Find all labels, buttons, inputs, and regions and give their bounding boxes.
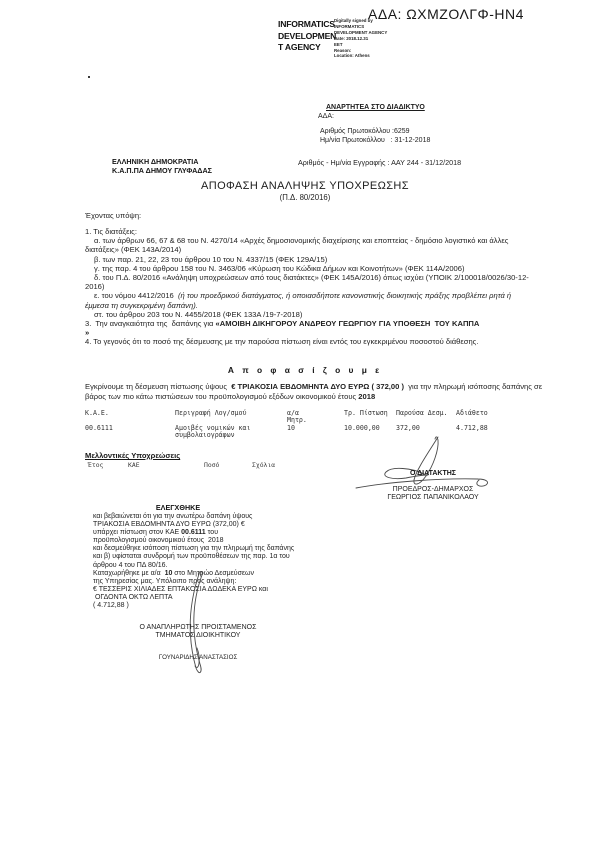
future-col-year: Έτος	[88, 461, 103, 469]
right-signer-name: ΓΕΩΡΓΙΟΣ ΠΑΠΑΝΙΚΟΛΑΟΥ	[378, 494, 488, 502]
stamp-detail-line: Location: Athens	[334, 53, 387, 59]
left-signer-role-line1: Ο ΑΝΑΠΛΗΡΩΤΗΣ ΠΡΟΙΣΤΑΜΕΝΟΣ	[133, 624, 263, 632]
page-title: ΑΠΟΦΑΣΗ ΑΝΑΛΗΨΗΣ ΥΠΟΧΡΕΩΣΗΣ	[140, 180, 470, 192]
right-signer-role: Ο ΔΙΑΤΑΚΤΗΣ	[378, 470, 488, 478]
ada-label: ΑΔΑ:	[318, 113, 334, 120]
digital-stamp-agency: INFORMATICS DEVELOPMEN T AGENCY	[278, 19, 336, 54]
audit-line: ΤΡΙΑΚΟΣΙΑ ΕΒΔΟΜΗΝΤΑ ΔΥΟ ΕΥΡΩ (372,00) €	[93, 521, 373, 529]
preamble-item-1: 1. Τις διατάξεις:	[85, 227, 529, 236]
preamble-item-3: 3. Την αναγκαιότητα της δαπάνης για «ΑΜΟ…	[85, 319, 529, 328]
preamble-item-1c: γ. της παρ. 4 του άρθρου 158 του Ν. 3463…	[85, 264, 529, 273]
preamble-item-3-bold: «ΑΜΟΙΒΗ ΔΙΚΗΓΟΡΟΥ ΑΝΔΡΕΟΥ ΓΕΩΡΓΙΟΥ ΓΙΑ Υ…	[216, 319, 480, 328]
left-signer-block: Ο ΑΝΑΠΛΗΡΩΤΗΣ ΠΡΟΙΣΤΑΜΕΝΟΣ ΤΜΗΜΑΤΟΣ ΔΙΟΙ…	[133, 624, 263, 662]
stamp-detail-line: DEVELOPMENT AGENCY	[334, 30, 387, 36]
having-regard-label: Έχοντας υπόψη:	[85, 211, 141, 220]
preamble-item-1e: ε. του νόμου 4412/2016 (ή του προεδρικού…	[85, 291, 529, 309]
table-header-current-commitment: Παρούσα Δεσμ.	[396, 409, 448, 417]
table-header-kae: Κ.Α.Ε.	[85, 409, 109, 417]
left-signer-role-line2: ΤΜΗΜΑΤΟΣ ΔΙΟΙΚΗΤΙΚΟΥ	[133, 632, 263, 640]
ada-code: ΑΔΑ: ΩΧΜΖΟΛΓΦ-ΗΝ4	[368, 6, 524, 22]
audit-line: € ΤΕΣΣΕΡΙΣ ΧΙΛΙΑΔΕΣ ΕΠΤΑΚΟΣΙΑ ΔΩΔΕΚΑ ΕΥΡ…	[93, 586, 373, 594]
audit-kae-bold: 00.6111	[181, 529, 206, 536]
stamp-agency-line: T AGENCY	[278, 42, 336, 54]
document-page: ΑΔΑ: ΩΧΜΖΟΛΓΦ-ΗΝ4 INFORMATICS DEVELOPMEN…	[0, 0, 595, 842]
preamble-item-3-close: »	[85, 328, 529, 337]
table-cell-aa: 10	[287, 424, 295, 432]
digital-stamp-details: Digitally signed by INFORMATICS DEVELOPM…	[334, 18, 387, 59]
audit-text-block: και βεβαιώνεται ότι για την ανωτέρω δαπά…	[93, 513, 373, 610]
audit-heading: ΕΛΕΓΧΘΗΚΕ	[93, 503, 263, 512]
stamp-agency-line: INFORMATICS	[278, 19, 336, 31]
table-header-registry: Μητρ.	[287, 416, 307, 424]
decision-year: 2018	[358, 392, 375, 401]
audit-line: Καταχωρήθηκε με α/α 10 στο Μητρώο Δεσμεύ…	[93, 570, 373, 578]
decision-amount-words: € ΤΡΙΑΚΟΣΙΑ ΕΒΔΟΜΗΝΤΑ ΔΥΟ ΕΥΡΩ ( 372,00 …	[231, 382, 404, 391]
preamble-item-3-normal: 3. Την αναγκαιότητα της δαπάνης για	[85, 319, 216, 328]
audit-line: ΟΓΔΟΝΤΑ ΟΚΤΩ ΛΕΠΤΑ	[93, 594, 373, 602]
preamble-item-1a: α. των άρθρων 66, 67 & 68 του Ν. 4270/14…	[85, 236, 529, 254]
future-col-amount: Ποσό	[204, 461, 219, 469]
decision-text-1: Εγκρίνουμε τη δέσμευση πίστωσης ύψους	[85, 382, 231, 391]
preamble-item-1b: β. των παρ. 21, 22, 23 του άρθρου 10 του…	[85, 255, 529, 264]
preamble-item-4: 4. Το γεγονός ότι το ποσό της δέσμευσης …	[85, 337, 529, 346]
preamble-item-1st: στ. του άρθρου 203 του Ν. 4455/2018 (ΦΕΚ…	[85, 310, 529, 319]
registry-line: Αριθμός - Ημ/νία Εγγραφής : ΑΑΥ 244 - 31…	[298, 158, 461, 167]
right-signer-title: ΠΡΟΕΔΡΟΣ-ΔΗΜΑΡΧΟΣ	[378, 486, 488, 494]
org-name-line1: ΕΛΛΗΝΙΚΗ ΔΗΜΟΚΡΑΤΙΑ	[112, 157, 198, 166]
future-col-kae: ΚΑΕ	[128, 461, 140, 469]
audit-line: ( 4.712,88 )	[93, 602, 373, 610]
preamble-item-1d: δ. του Π.Δ. 80/2016 «Ανάληψη υποχρεώσεων…	[85, 273, 529, 291]
decision-heading: Α π ο φ α σ ί ζ ο υ μ ε	[140, 365, 470, 375]
preamble-item-1e-normal: ε. του νόμου 4412/2016	[94, 291, 178, 300]
audit-line: άρθρου 4 του ΠΔ 80/16.	[93, 562, 373, 570]
page-subtitle: (Π.Δ. 80/2016)	[140, 193, 470, 202]
org-name-line2: Κ.Α.Π.ΠΑ ΔΗΜΟΥ ΓΛΥΦΑΔΑΣ	[112, 166, 212, 175]
audit-line-text: του	[206, 529, 218, 536]
protocol-date: Ημ/νία Πρωτοκόλλου : 31-12-2018	[320, 137, 430, 144]
right-signer-block: Ο ΔΙΑΤΑΚΤΗΣ ΠΡΟΕΔΡΟΣ-ΔΗΜΑΡΧΟΣ ΓΕΩΡΓΙΟΣ Π…	[378, 470, 488, 502]
stamp-agency-line: DEVELOPMEN	[278, 31, 336, 43]
future-col-comments: Σχόλια	[252, 461, 275, 469]
scan-dot-artifact	[88, 76, 90, 78]
table-cell-description-line2: συμβολαιογράφων	[175, 431, 235, 439]
audit-line: και β) υφίσταται συνδρομή των προϋποθέσε…	[93, 553, 373, 561]
left-signer-name: ΓΟΥΝΑΡΙΔΗΣ ΑΝΑΣΤΑΣΙΟΣ	[133, 654, 263, 662]
preamble-list: 1. Τις διατάξεις: α. των άρθρων 66, 67 &…	[85, 227, 529, 347]
future-obligations-heading: Μελλοντικές Υποχρεώσεις	[85, 451, 180, 460]
table-header-credit: Τρ. Πίστωση	[344, 409, 388, 417]
publish-notice: ΑΝΑΡΤΗΤΕΑ ΣΤΟ ΔΙΑΔΙΚΤΥΟ	[326, 104, 425, 111]
audit-line: της Υπηρεσίας μας. Υπόλοιπο προς ανάληψη…	[93, 578, 373, 586]
audit-line-text: υπάρχει πίστωση στον ΚΑΕ	[93, 529, 181, 536]
decision-paragraph: Εγκρίνουμε τη δέσμευση πίστωσης ύψους € …	[85, 382, 555, 401]
table-header-remaining: Αδιάθετο	[456, 409, 488, 417]
protocol-number: Αριθμός Πρωτοκόλλου :6259	[320, 128, 410, 135]
table-cell-kae: 00.6111	[85, 424, 113, 432]
table-header-description: Περιγραφή Λογ/σμού	[175, 409, 246, 417]
audit-line: και βεβαιώνεται ότι για την ανωτέρω δαπά…	[93, 513, 373, 521]
audit-line-text: Καταχωρήθηκε με α/α	[93, 570, 165, 577]
